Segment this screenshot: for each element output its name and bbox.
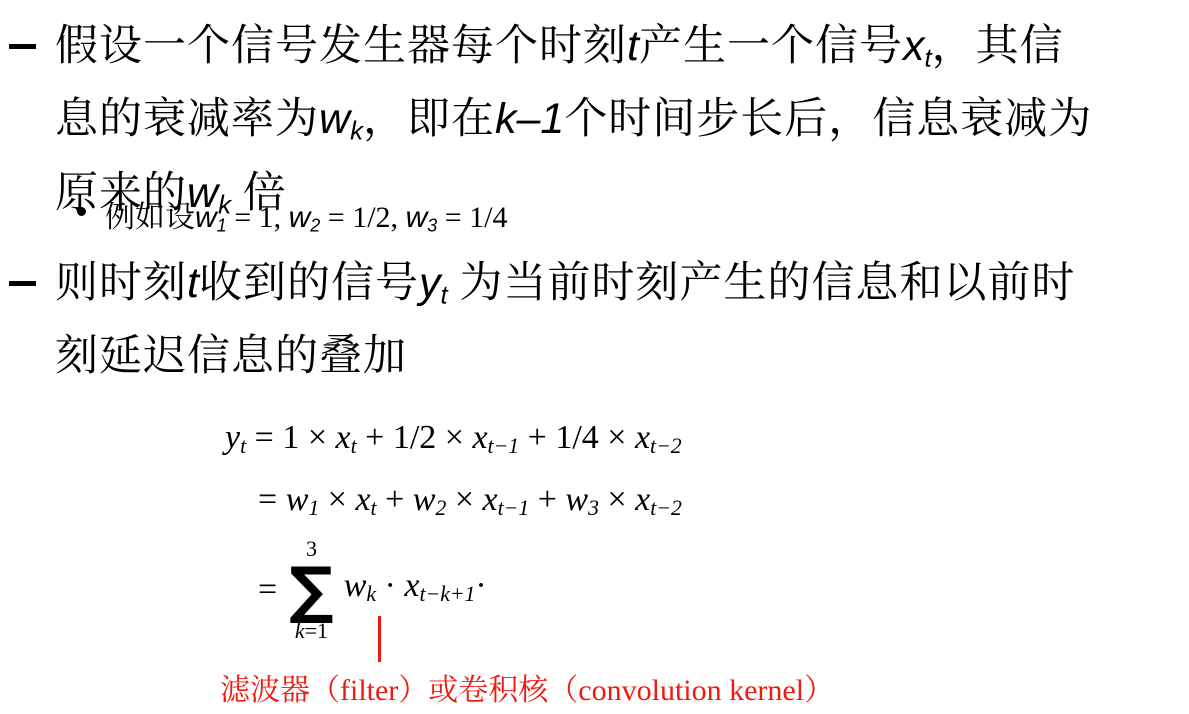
equation-row3: = 3 ∑ k=1 wk · xt−k+1·: [258, 537, 487, 643]
dash-bullet-icon: [9, 281, 36, 286]
variable: x: [355, 481, 370, 518]
subscript: 1: [308, 496, 319, 520]
equation-row1: yt = 1 × xt + 1/2 × xt−1 + 1/4 × xt−2: [225, 416, 682, 468]
text-line: 息的衰减率为wk，即在k–1个时间步长后，信息衰减为: [55, 89, 1187, 162]
variable: t: [627, 22, 639, 70]
summation-lower-limit: k=1: [295, 619, 328, 643]
text-segment: +: [529, 481, 565, 518]
variable: y: [419, 259, 441, 307]
text-segment: = 1 ×: [246, 419, 335, 456]
text-segment: + 1/2 ×: [357, 419, 473, 456]
subbullet-example-text: 例如设w1 = 1, w2 = 1/2, w3 = 1/4: [105, 197, 508, 247]
dash-bullet-icon: [9, 44, 36, 49]
equals-sign: =: [258, 568, 277, 612]
text-segment: 收到的信号: [199, 260, 419, 307]
text-segment: ×: [446, 481, 482, 518]
variable: x: [472, 419, 487, 456]
text-segment: ·: [376, 567, 404, 604]
text-line: 刻延迟信息的叠加: [55, 326, 1187, 387]
variable: w: [406, 201, 428, 234]
variable: k: [295, 618, 305, 643]
variable: w: [413, 481, 436, 518]
dot-bullet-icon: [77, 207, 86, 216]
variable: x: [404, 567, 419, 604]
pointer-line: [378, 616, 381, 662]
variable: x: [336, 419, 351, 456]
subscript: t−1: [488, 434, 520, 458]
text-segment: +: [377, 481, 413, 518]
variable: x: [635, 419, 650, 456]
variable: x: [483, 481, 498, 518]
text-segment: ·: [475, 567, 486, 604]
subscript: t: [924, 44, 931, 72]
variable: w: [289, 201, 311, 234]
text-segment: ，其信: [932, 23, 1064, 70]
text-segment: = 1/4: [437, 201, 507, 234]
text-segment: ，即在: [363, 96, 495, 143]
bullet2-text: 则时刻t收到的信号yt 为当前时刻产生的信息和以前时 刻延迟信息的叠加: [55, 253, 1187, 387]
subscript: 2: [310, 216, 320, 236]
text-segment: 刻延迟信息的叠加: [55, 333, 407, 380]
variable: w: [286, 481, 309, 518]
text-segment: 个时间步长后，信息衰减为: [564, 96, 1092, 143]
equation-row3-rhs: wk · xt−k+1·: [344, 564, 487, 616]
text-segment: = 1,: [227, 201, 289, 234]
variable: x: [635, 481, 650, 518]
summation-sigma-icon: ∑: [289, 561, 334, 619]
text-line: 则时刻t收到的信号yt 为当前时刻产生的信息和以前时: [55, 253, 1187, 326]
text-segment: =1: [305, 618, 328, 643]
subscript: 3: [588, 496, 599, 520]
subscript: 1: [217, 216, 227, 236]
subscript: t: [440, 281, 447, 309]
subscript: t−2: [650, 496, 682, 520]
text-segment: = 1/2,: [320, 201, 405, 234]
text-segment: =: [258, 481, 286, 518]
variable: y: [225, 419, 240, 456]
text-segment: + 1/4 ×: [519, 419, 635, 456]
subscript: t−2: [650, 434, 682, 458]
text-segment: 例如设: [105, 201, 195, 234]
subscript: t−k+1: [419, 582, 475, 606]
subscript: 3: [427, 216, 437, 236]
summation-stack: 3 ∑ k=1: [289, 537, 334, 643]
subscript: k: [366, 582, 376, 606]
slide: 假设一个信号发生器每个时刻t产生一个信号xt，其信 息的衰减率为wk，即在k–1…: [0, 0, 1189, 714]
subscript: t−1: [498, 496, 530, 520]
variable: t: [187, 259, 199, 307]
caption-filter-kernel: 滤波器（filter）或卷积核（convolution kernel）: [220, 671, 834, 711]
equation-row2: = w1 × xt + w2 × xt−1 + w3 × xt−2: [258, 478, 682, 530]
variable: w: [344, 567, 367, 604]
variable: k–1: [495, 95, 564, 143]
text-line: 假设一个信号发生器每个时刻t产生一个信号xt，其信: [55, 16, 1187, 89]
variable: x: [903, 22, 925, 70]
text-segment: 则时刻: [55, 260, 187, 307]
subscript: k: [350, 118, 363, 146]
text-segment: ×: [599, 481, 635, 518]
text-segment: 为当前时刻产生的信息和以前时: [448, 260, 1076, 307]
variable: w: [195, 201, 217, 234]
text-segment: 产生一个信号: [639, 23, 903, 70]
text-segment: ×: [319, 481, 355, 518]
variable: w: [319, 95, 350, 143]
text-segment: 息的衰减率为: [55, 96, 319, 143]
variable: w: [565, 481, 588, 518]
text-segment: 假设一个信号发生器每个时刻: [55, 23, 627, 70]
subscript: 2: [435, 496, 446, 520]
